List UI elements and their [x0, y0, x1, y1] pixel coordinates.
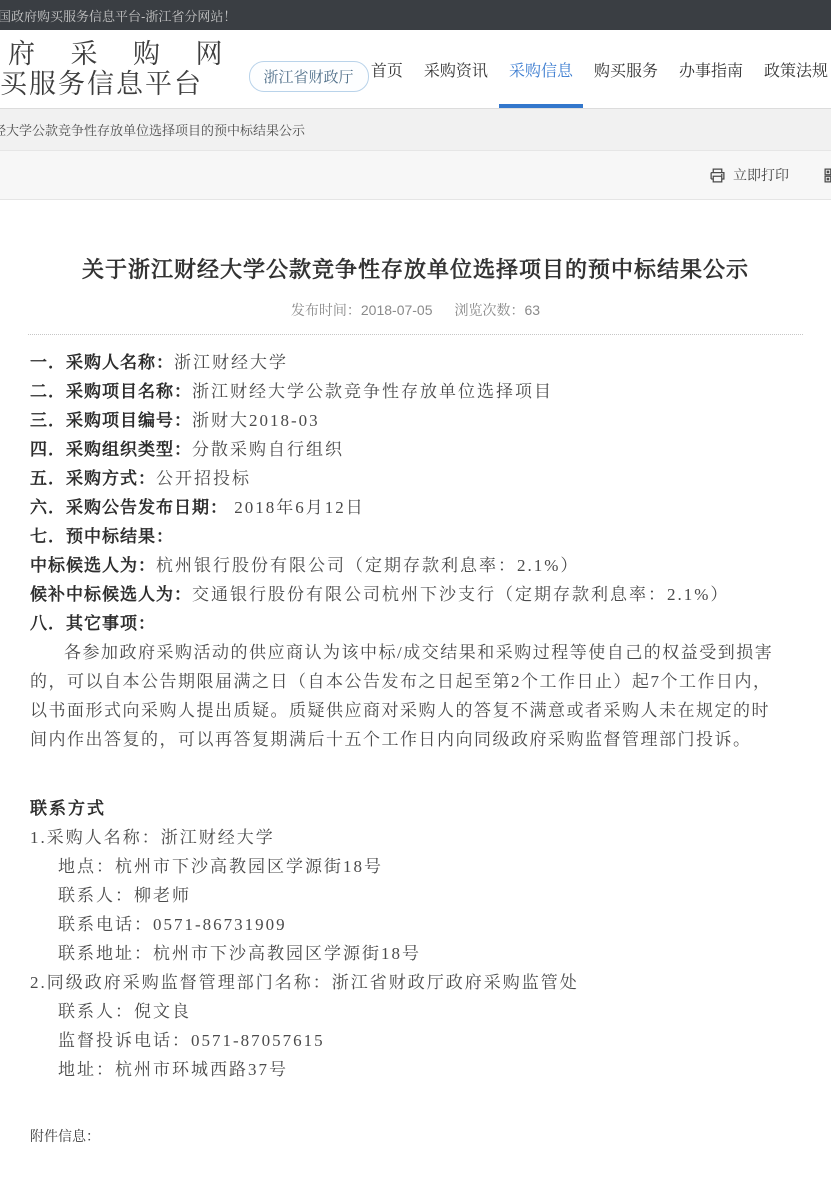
publish-date-label: 发布时间： — [291, 302, 361, 318]
nav-item-guide[interactable]: 办事指南 — [679, 30, 743, 108]
field-line-purchaser: 一．采购人名称：浙江财经大学 — [30, 348, 775, 377]
contact-section: 联系方式 1.采购人名称：浙江财经大学 地点：杭州市下沙高教园区学源街18号 联… — [30, 794, 775, 1084]
field-line-method: 五．采购方式：公开招投标 — [30, 464, 775, 493]
article-toolbar: 立即打印 扫 — [0, 151, 831, 200]
contact-line-complaint-phone: 监督投诉电话：0571-87057615 — [30, 1026, 775, 1055]
qr-scan-button[interactable]: 扫 — [823, 165, 831, 185]
contact-line-person: 联系人：柳老师 — [30, 881, 775, 910]
nav-item-news[interactable]: 采购资讯 — [424, 30, 488, 108]
contact-line-supervisor-address: 地址：杭州市环城西路37号 — [30, 1055, 775, 1084]
qr-code-icon — [823, 167, 831, 184]
print-button[interactable]: 立即打印 — [709, 165, 789, 185]
org-badge: 浙江省财政厅 — [249, 61, 369, 92]
nav-item-home[interactable]: 首页 — [371, 30, 403, 108]
logo-text: 府 采 购 网 买服务信息平台 — [0, 39, 237, 99]
breadcrumb-bar: 经大学公款竞争性存放单位选择项目的预中标结果公示 — [0, 108, 831, 151]
page-title: 关于浙江财经大学公款竞争性存放单位选择项目的预中标结果公示 — [0, 253, 831, 284]
nav-item-buy-service[interactable]: 购买服务 — [594, 30, 658, 108]
contact-line-phone: 联系电话：0571-86731909 — [30, 910, 775, 939]
views-count: 63 — [525, 302, 541, 318]
contact-line-supervisor-person: 联系人：倪文良 — [30, 997, 775, 1026]
nav-item-procurement-info[interactable]: 采购信息 — [509, 30, 573, 108]
field-line-organization-type: 四．采购组织类型：分散采购自行组织 — [30, 435, 775, 464]
field-line-other-matters: 八．其它事项： — [30, 609, 775, 638]
printer-icon — [709, 167, 726, 184]
field-line-project-number: 三．采购项目编号：浙财大2018-03 — [30, 406, 775, 435]
contact-line-supervisor: 2.同级政府采购监督管理部门名称：浙江省财政厅政府采购监管处 — [30, 968, 775, 997]
site-topbar: 国政府购买服务信息平台-浙江省分网站！ — [0, 0, 831, 30]
field-line-runner-up: 候补中标候选人为：交通银行股份有限公司杭州下沙支行（定期存款利息率：2.1%） — [30, 580, 775, 609]
main-nav: 首页 采购资讯 采购信息 购买服务 办事指南 政策法规 — [371, 30, 831, 108]
breadcrumb: 经大学公款竞争性存放单位选择项目的预中标结果公示 — [0, 120, 305, 139]
contact-line-purchaser: 1.采购人名称：浙江财经大学 — [30, 823, 775, 852]
field-line-project-name: 二．采购项目名称：浙江财经大学公款竞争性存放单位选择项目 — [30, 377, 775, 406]
field-line-result-heading: 七．预中标结果： — [30, 522, 775, 551]
site-header: 府 采 购 网 买服务信息平台 浙江省财政厅 首页 采购资讯 采购信息 购买服务… — [0, 30, 831, 108]
publish-date-value: 2018-07-05 — [361, 302, 433, 318]
logo-line-2: 买服务信息平台 — [0, 69, 237, 99]
topbar-welcome-text: 国政府购买服务信息平台-浙江省分网站！ — [0, 6, 236, 25]
dispute-paragraph: 各参加政府采购活动的供应商认为该中标/成交结果和采购过程等使自己的权益受到损害的… — [30, 638, 775, 754]
attachment-label: 附件信息： — [30, 1122, 775, 1151]
article-body: 一．采购人名称：浙江财经大学 二．采购项目名称：浙江财经大学公款竞争性存放单位选… — [30, 348, 775, 1151]
views-label: 浏览次数： — [455, 302, 525, 318]
active-tab-underline — [499, 104, 583, 108]
logo-line-1: 府 采 购 网 — [0, 39, 237, 69]
contact-heading: 联系方式 — [30, 794, 775, 823]
contact-line-location: 地点：杭州市下沙高教园区学源街18号 — [30, 852, 775, 881]
nav-item-label: 采购信息 — [509, 58, 573, 81]
nav-item-policy[interactable]: 政策法规 — [764, 30, 828, 108]
dotted-divider — [28, 334, 803, 335]
print-button-label: 立即打印 — [733, 165, 789, 185]
field-line-announce-date: 六．采购公告发布日期： 2018年6月12日 — [30, 493, 775, 522]
article-meta: 发布时间：2018-07-05浏览次数：63 — [0, 300, 831, 320]
site-logo: 府 采 购 网 买服务信息平台 浙江省财政厅 — [0, 39, 369, 99]
contact-line-address: 联系地址：杭州市下沙高教园区学源街18号 — [30, 939, 775, 968]
field-line-winner: 中标候选人为：杭州银行股份有限公司（定期存款利息率：2.1%） — [30, 551, 775, 580]
article-content: 关于浙江财经大学公款竞争性存放单位选择项目的预中标结果公示 发布时间：2018-… — [0, 200, 831, 1151]
